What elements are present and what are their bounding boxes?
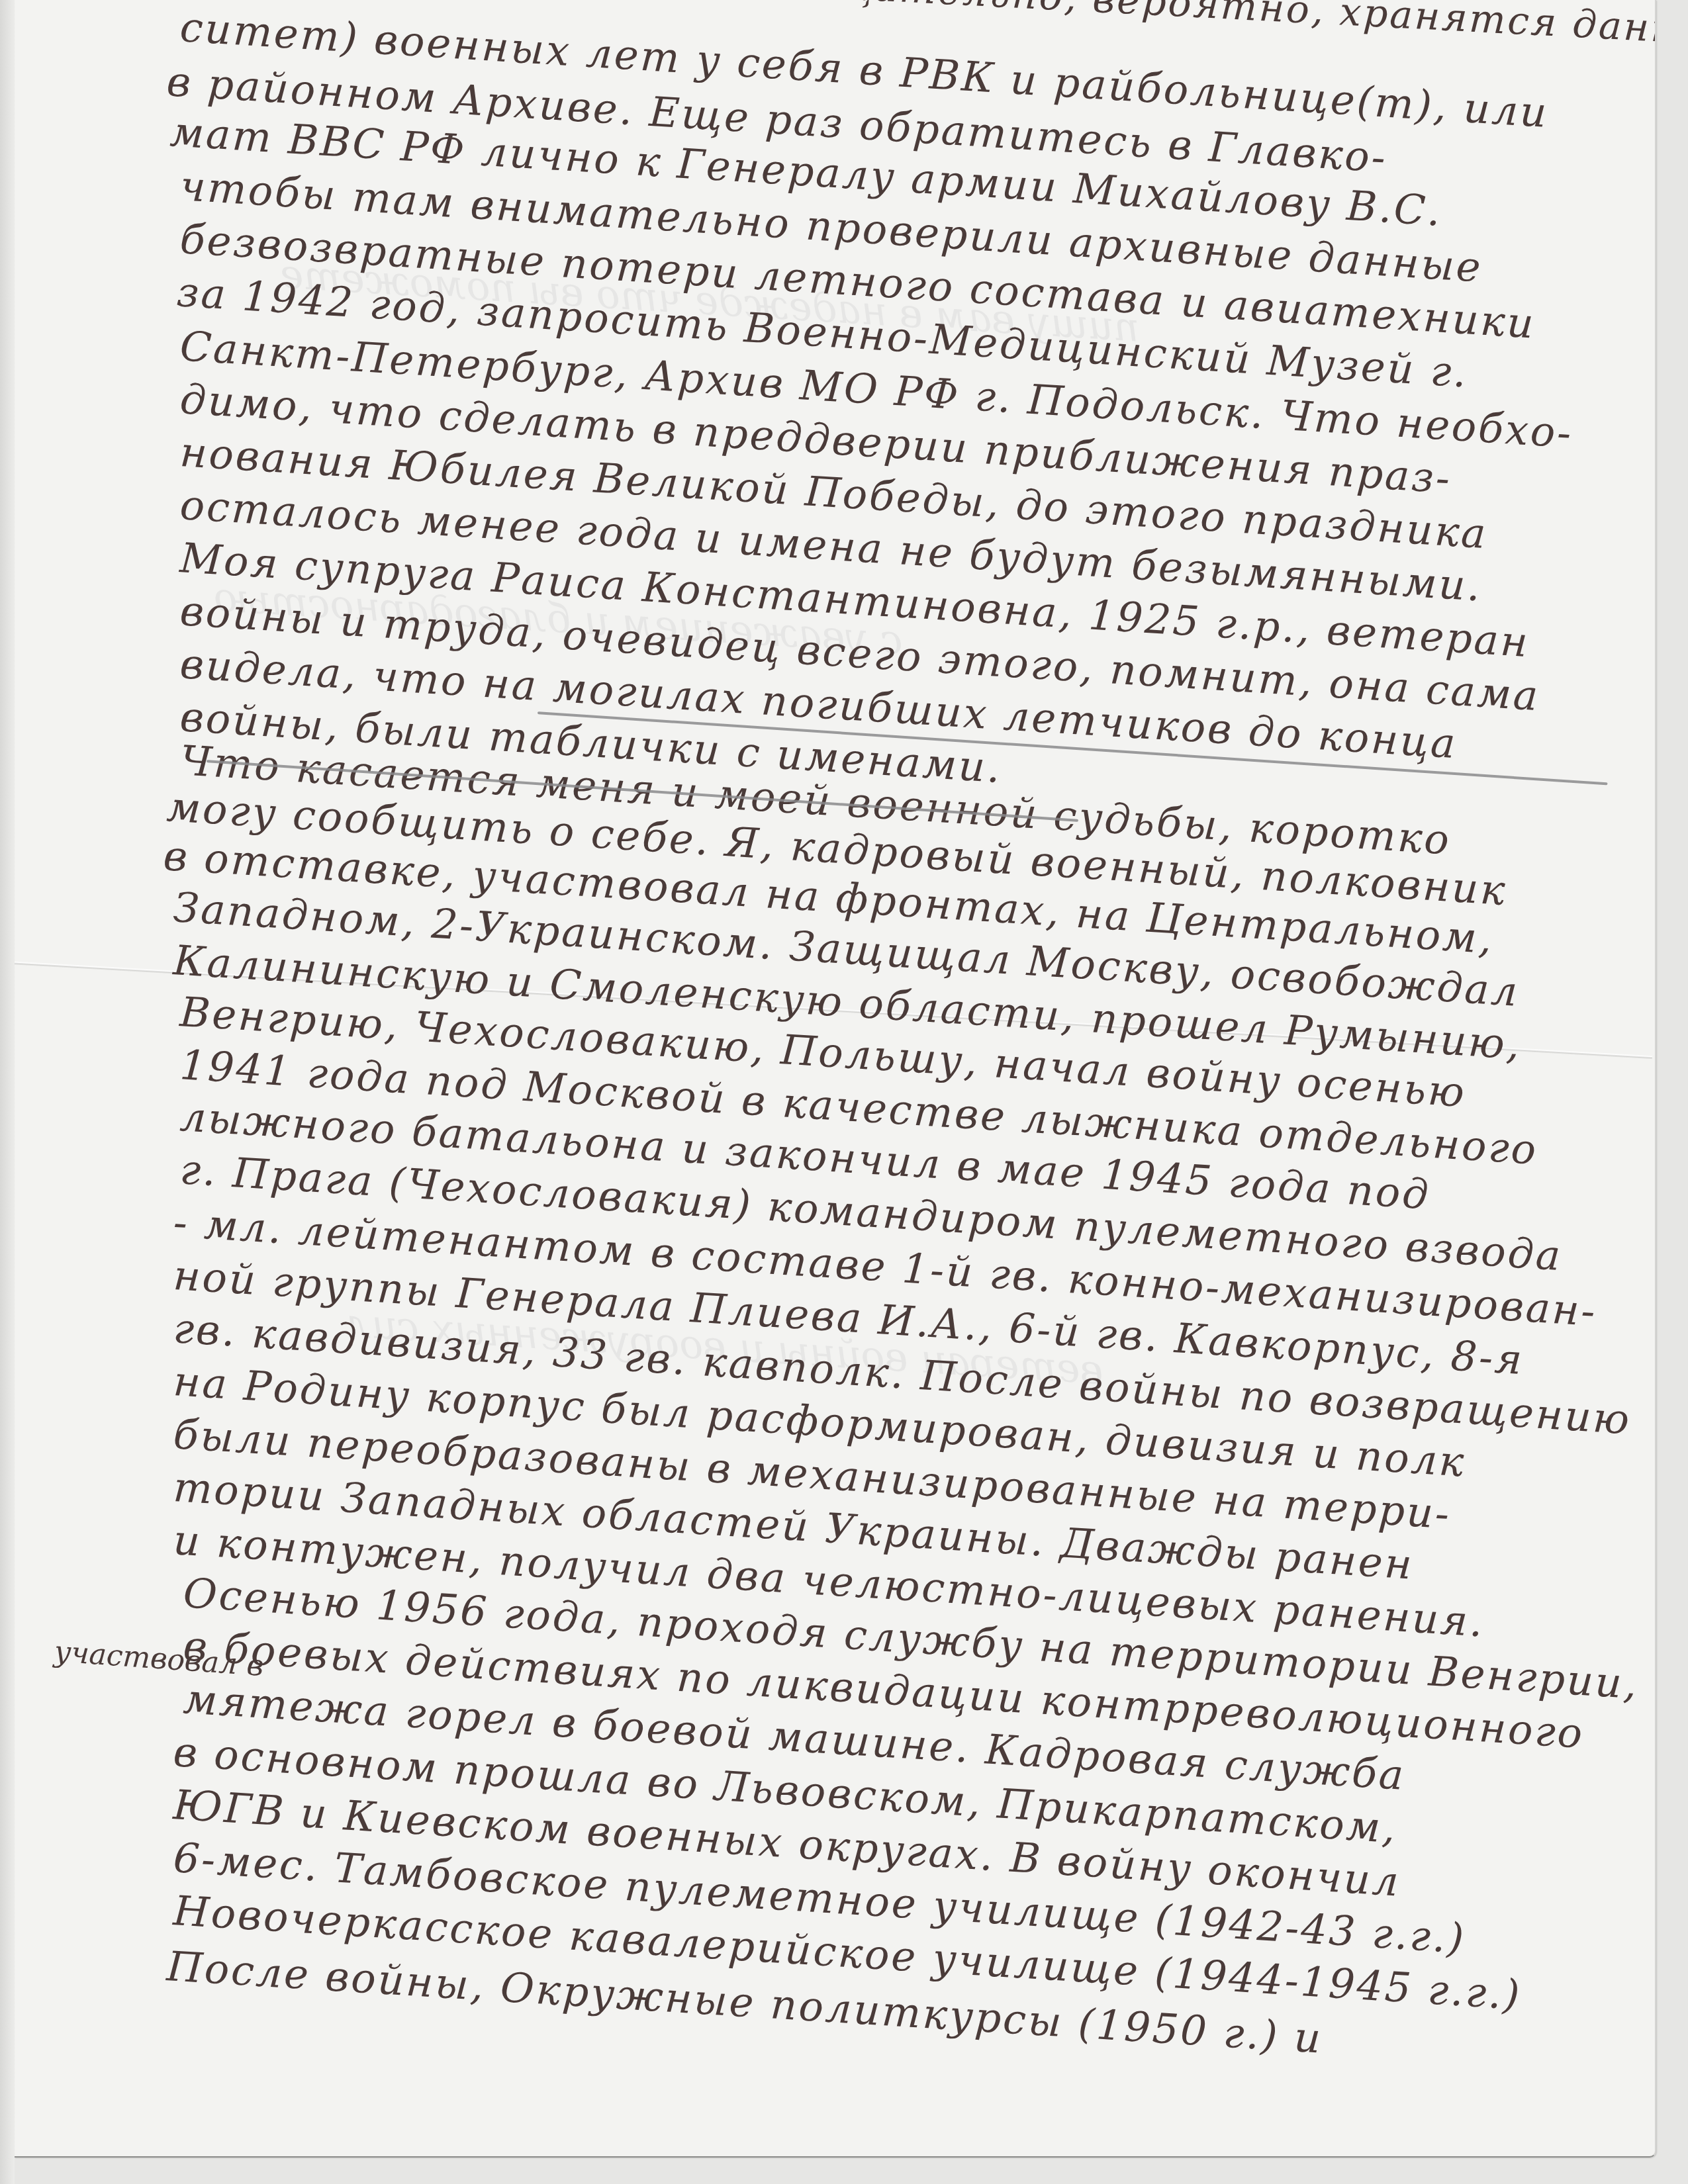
letter-page: пишу вам в надежде что вы поможете с ува… [15, 0, 1656, 2158]
scanner-edge [0, 0, 15, 2184]
handwritten-body: …тщательно, вероятно, хранятся данные об… [15, 0, 1655, 2156]
